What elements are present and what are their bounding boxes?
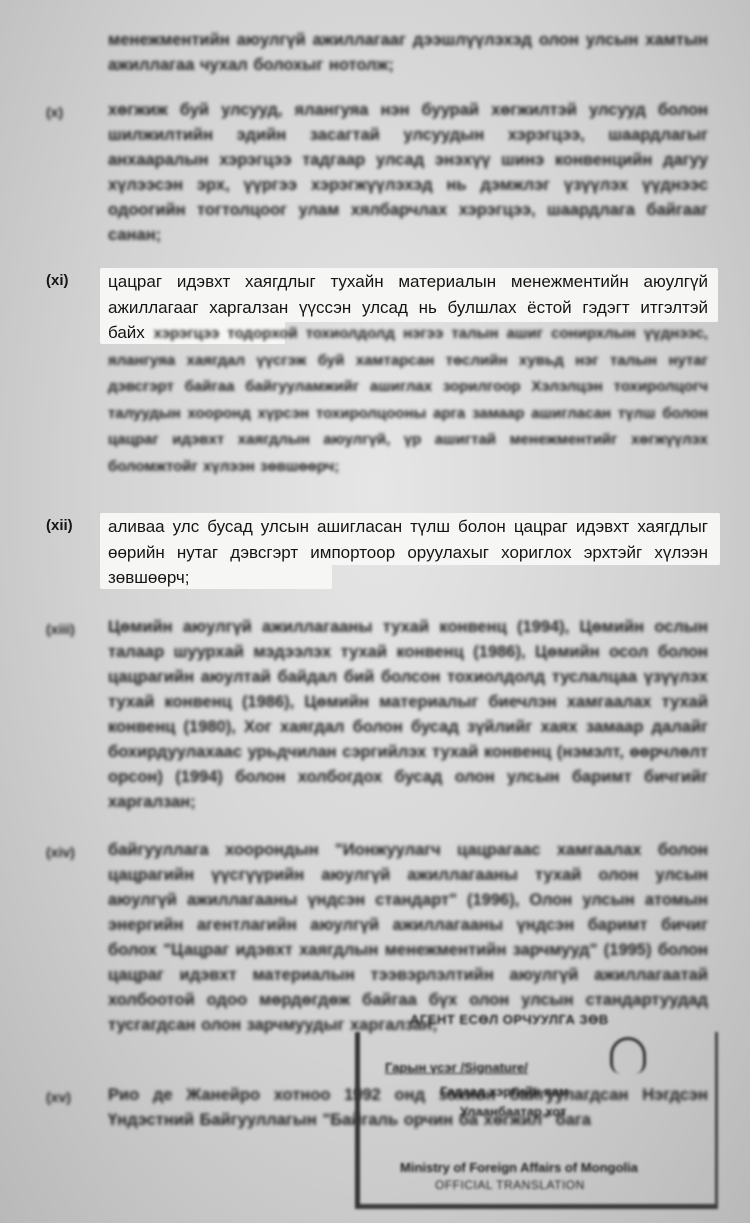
scanned-document-page: менежментийн аюулгүй ажиллагааг дээшлүүл… <box>0 0 750 1223</box>
paragraph-text: байгууллага хоорондын "Ионжуулагч цацраг… <box>108 838 708 1038</box>
highlighted-text: аливаа улс бусад улсын ашигласан түлш бо… <box>108 514 708 591</box>
highlighted-text: цацраг идэвхт хаягдлыг тухайн материалын… <box>108 269 708 479</box>
stamp-top-line: АГЕНТ ЕСӨЛ ОРЧУУЛГА ЗӨВ <box>410 1012 609 1027</box>
paragraph-number: (xi) <box>46 272 69 289</box>
paragraph-number: (xiii) <box>46 621 75 637</box>
stamp-line-2: Гадаад хэргийн яам <box>440 1084 568 1099</box>
paragraph-number: (x) <box>46 104 63 120</box>
intro-text: менежментийн аюулгүй ажиллагааг дээшлүүл… <box>108 28 708 78</box>
stamp-city: Улаанбаатар хот <box>460 1104 566 1119</box>
paragraph-text: Цөмийн аюулгүй ажиллагааны тухай конвенц… <box>108 615 708 815</box>
paragraph-number: (xiv) <box>46 844 75 860</box>
paragraph-text: хэрэгцээ тодорхой тохиолдолд нэгээ талын… <box>108 325 708 475</box>
paragraph-number: (xii) <box>46 517 73 534</box>
paragraph-text: хөгжиж буй улсууд, ялангуяа нэн буурай х… <box>108 98 708 248</box>
signature-mark-icon <box>610 1037 646 1074</box>
paragraph-number: (xv) <box>46 1089 71 1105</box>
official-translation-stamp: АГЕНТ ЕСӨЛ ОРЧУУЛГА ЗӨВ Гарын үсэг /Sign… <box>355 1032 718 1209</box>
stamp-official-translation: OFFICIAL TRANSLATION <box>435 1178 585 1192</box>
stamp-ministry: Ministry of Foreign Affairs of Mongolia <box>400 1160 638 1175</box>
stamp-signature-label: Гарын үсэг /Signature/ <box>385 1060 528 1075</box>
